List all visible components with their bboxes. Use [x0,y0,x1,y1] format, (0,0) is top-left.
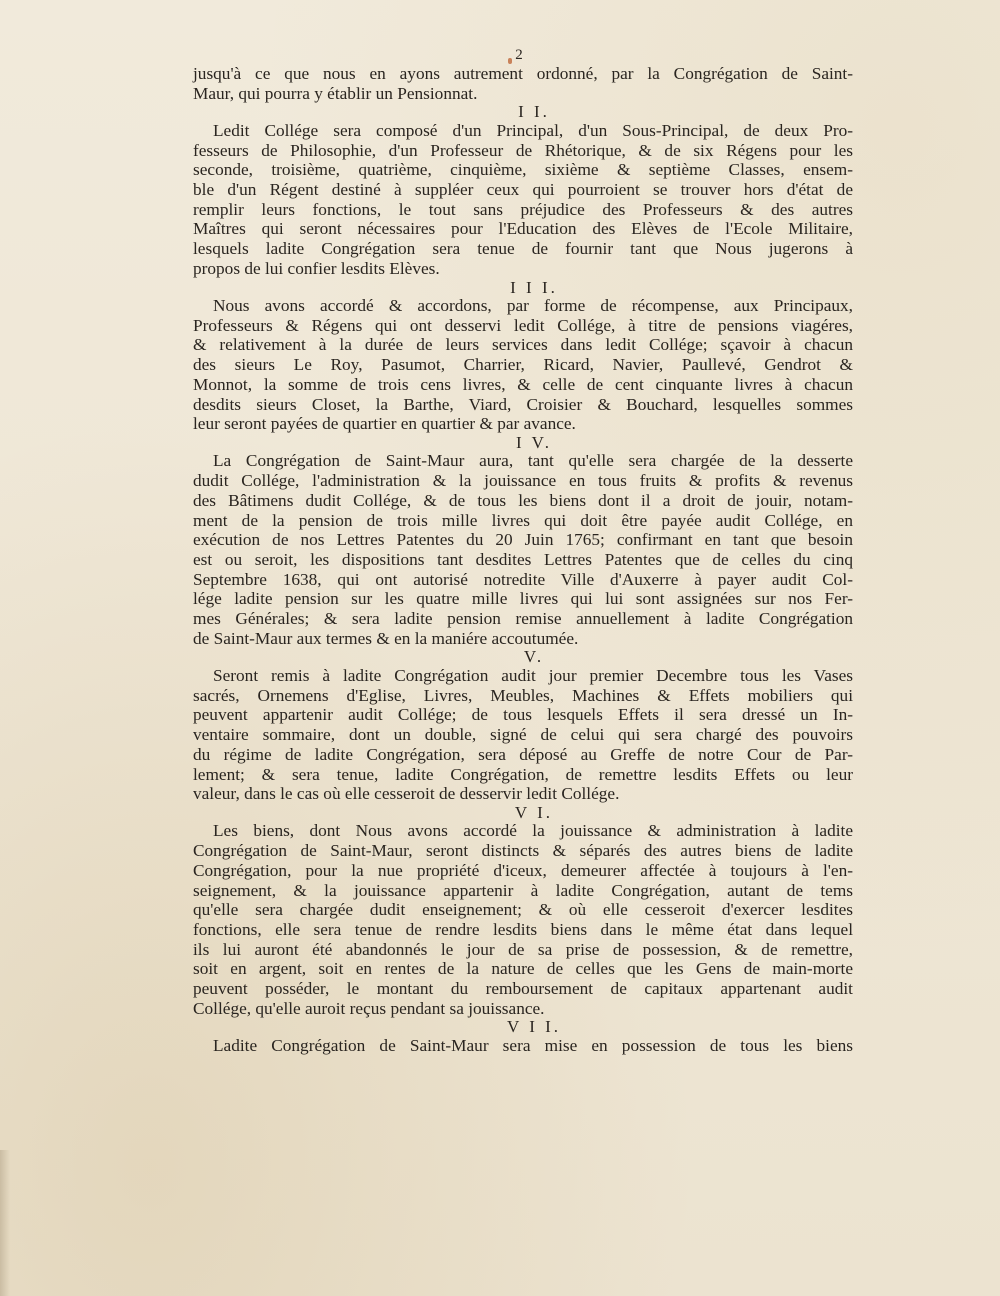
text-line: leur seront payées de quartier en quarti… [193,414,853,434]
text-line: seconde, troisième, quatrième, cinquième… [193,160,853,180]
text-line: propos de lui confier lesdits Elèves. [193,259,853,279]
text-line: valeur, dans le cas où elle cesseroit de… [193,784,853,804]
text-line: lesquels ladite Congrégation sera tenue … [193,239,853,259]
text-line: jusqu'à ce que nous en ayons autrement o… [193,64,853,84]
document-page: 2 jusqu'à ce que nous en ayons autrement… [0,0,1000,1296]
article-heading: V I. [193,804,853,822]
text-line: lége ladite pension sur les quatre mille… [193,589,853,609]
article-heading: I I. [193,103,853,121]
article-2: I I. Ledit Collége sera composé d'un Pri… [193,103,853,278]
text-line: La Congrégation de Saint-Maur aura, tant… [193,451,853,471]
text-line: Maur, qui pourra y établir un Pensionnat… [193,84,853,104]
page-number: 2 [0,47,1000,63]
text-line: & relativement à la durée de leurs servi… [193,335,853,355]
text-line: mes Générales; & sera ladite pension rem… [193,609,853,629]
text-line: desdits sieurs Closet, la Barthe, Viard,… [193,395,853,415]
article-heading: V. [193,648,853,666]
text-line: seignement, & la jouissance appartenir à… [193,881,853,901]
text-line: peuvent appartenir audit Collége; de tou… [193,705,853,725]
text-line: Les biens, dont Nous avons accordé la jo… [193,821,853,841]
article-3: I I I. Nous avons accordé & accordons, p… [193,279,853,434]
text-line: lement; & sera tenue, ladite Congrégatio… [193,765,853,785]
text-line: ventaire sommaire, dont un double, signé… [193,725,853,745]
section-continuation: jusqu'à ce que nous en ayons autrement o… [193,64,853,103]
text-line: Congrégation, pour la nue propriété d'ic… [193,861,853,881]
text-line: Ledit Collége sera composé d'un Principa… [193,121,853,141]
article-heading: I I I. [193,279,853,297]
text-line: qu'elle sera chargée dudit enseignement;… [193,900,853,920]
text-line: ble d'un Régent destiné à suppléer ceux … [193,180,853,200]
paper-fold-edge [0,1150,10,1296]
text-line: Collége, qu'elle auroit reçus pendant sa… [193,999,853,1019]
text-line: Maîtres qui seront nécessaires pour l'Ed… [193,219,853,239]
text-line: Congrégation de Saint-Maur, seront disti… [193,841,853,861]
text-line: ment de la pension de trois mille livres… [193,511,853,531]
text-line: fonctions, elle sera tenue de rendre les… [193,920,853,940]
article-6: V I. Les biens, dont Nous avons accordé … [193,804,853,1019]
text-line: Septembre 1638, qui ont autorisé notredi… [193,570,853,590]
text-line: soit en argent, soit en rentes de la nat… [193,959,853,979]
text-line: Professeurs & Régens qui ont desservi le… [193,316,853,336]
article-4: I V. La Congrégation de Saint-Maur aura,… [193,434,853,649]
text-line: Ladite Congrégation de Saint-Maur sera m… [193,1036,853,1056]
article-heading: I V. [193,434,853,452]
text-line: Nous avons accordé & accordons, par form… [193,296,853,316]
text-line: du régime de ladite Congrégation, sera d… [193,745,853,765]
document-body: jusqu'à ce que nous en ayons autrement o… [193,64,853,1056]
text-line: dudit Collége, l'administration & la jou… [193,471,853,491]
text-line: peuvent posséder, le montant du rembours… [193,979,853,999]
article-heading: V I I. [193,1018,853,1036]
text-line: Monnot, la somme de trois cens livres, &… [193,375,853,395]
text-line: Seront remis à ladite Congrégation audit… [193,666,853,686]
text-line: ils lui auront été abandonnés le jour de… [193,940,853,960]
text-line: fesseurs de Philosophie, d'un Professeur… [193,141,853,161]
text-line: des Bâtimens dudit Collége, & de tous le… [193,491,853,511]
article-7: V I I. Ladite Congrégation de Saint-Maur… [193,1018,853,1055]
text-line: sacrés, Ornemens d'Eglise, Livres, Meubl… [193,686,853,706]
text-line: exécution de nos Lettres Patentes du 20 … [193,530,853,550]
text-line: des sieurs Le Roy, Pasumot, Charrier, Ri… [193,355,853,375]
article-5: V. Seront remis à ladite Congrégation au… [193,648,853,803]
text-line: est ou seroit, les dispositions tant des… [193,550,853,570]
text-line: de Saint-Maur aux termes & en la maniére… [193,629,853,649]
text-line: remplir leurs fonctions, le tout sans pr… [193,200,853,220]
